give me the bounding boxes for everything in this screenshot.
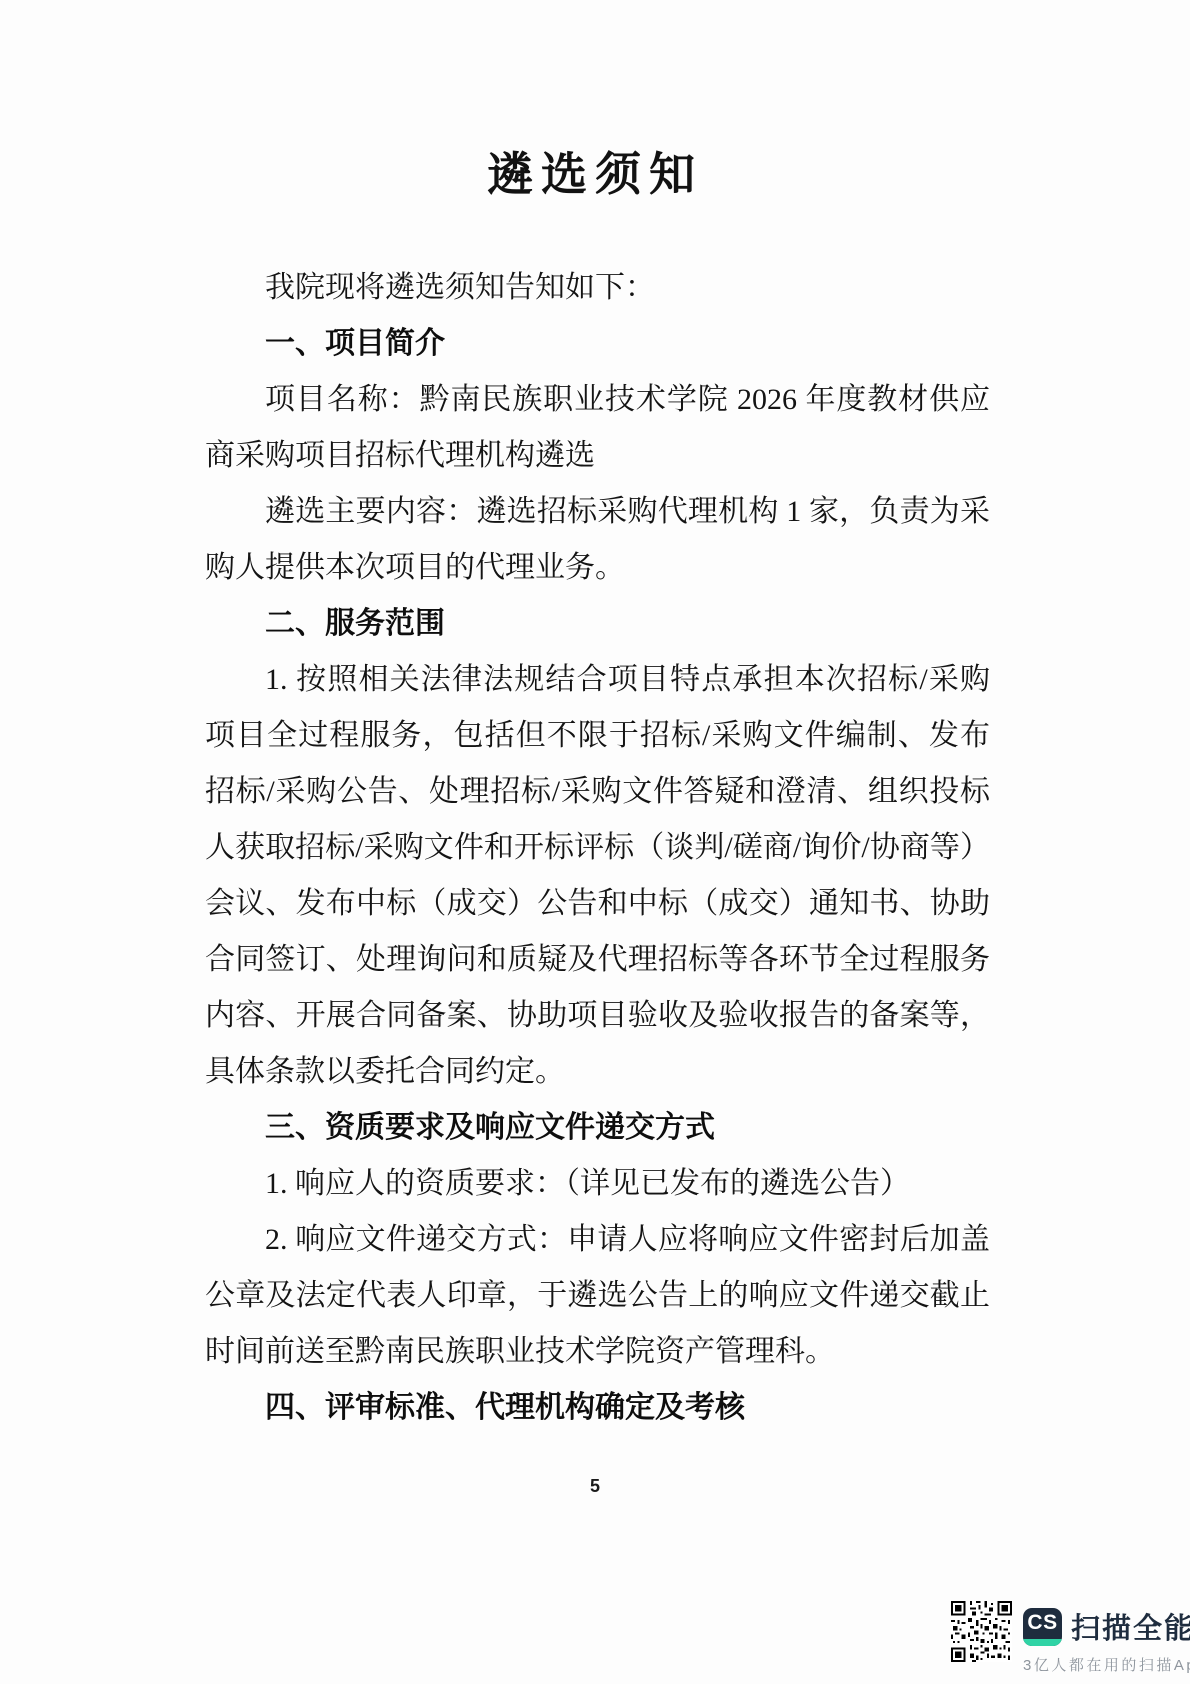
document-title: 遴选须知	[0, 138, 1190, 204]
scanner-app-block: CS 扫描全能王 3亿人都在用的扫描App	[1023, 1600, 1190, 1675]
paragraph: 二、服务范围	[205, 596, 990, 652]
paragraph: 遴选主要内容：遴选招标采购代理机构 1 家，负责为采购人提供本次项目的代理业务。	[205, 484, 990, 596]
paragraph: 1. 响应人的资质要求：（详见已发布的遴选公告）	[205, 1156, 990, 1212]
document-body: 我院现将遴选须知告知如下：一、项目简介项目名称：黔南民族职业技术学院 2026 …	[205, 260, 990, 1436]
paragraph: 我院现将遴选须知告知如下：	[205, 260, 990, 316]
page-number: 5	[0, 1476, 1190, 1497]
paragraph: 项目名称：黔南民族职业技术学院 2026 年度教材供应商采购项目招标代理机构遴选	[205, 372, 990, 484]
paragraph: 1. 按照相关法律法规结合项目特点承担本次招标/采购项目全过程服务，包括但不限于…	[205, 652, 990, 1100]
camscanner-logo-icon: CS	[1023, 1608, 1062, 1646]
scanner-app-tagline: 3亿人都在用的扫描App	[1023, 1654, 1190, 1675]
document-page: 遴选须知 我院现将遴选须知告知如下：一、项目简介项目名称：黔南民族职业技术学院 …	[0, 0, 1190, 1684]
paragraph: 一、项目简介	[205, 316, 990, 372]
paragraph: 2. 响应文件递交方式：申请人应将响应文件密封后加盖公章及法定代表人印章，于遴选…	[205, 1212, 990, 1380]
paragraph: 四、评审标准、代理机构确定及考核	[205, 1380, 990, 1436]
paragraph: 三、资质要求及响应文件递交方式	[205, 1100, 990, 1156]
scanner-watermark: CS 扫描全能王 3亿人都在用的扫描App	[951, 1600, 1190, 1675]
qr-code-icon	[951, 1600, 1012, 1663]
scanner-app-name: 扫描全能王	[1071, 1606, 1190, 1647]
